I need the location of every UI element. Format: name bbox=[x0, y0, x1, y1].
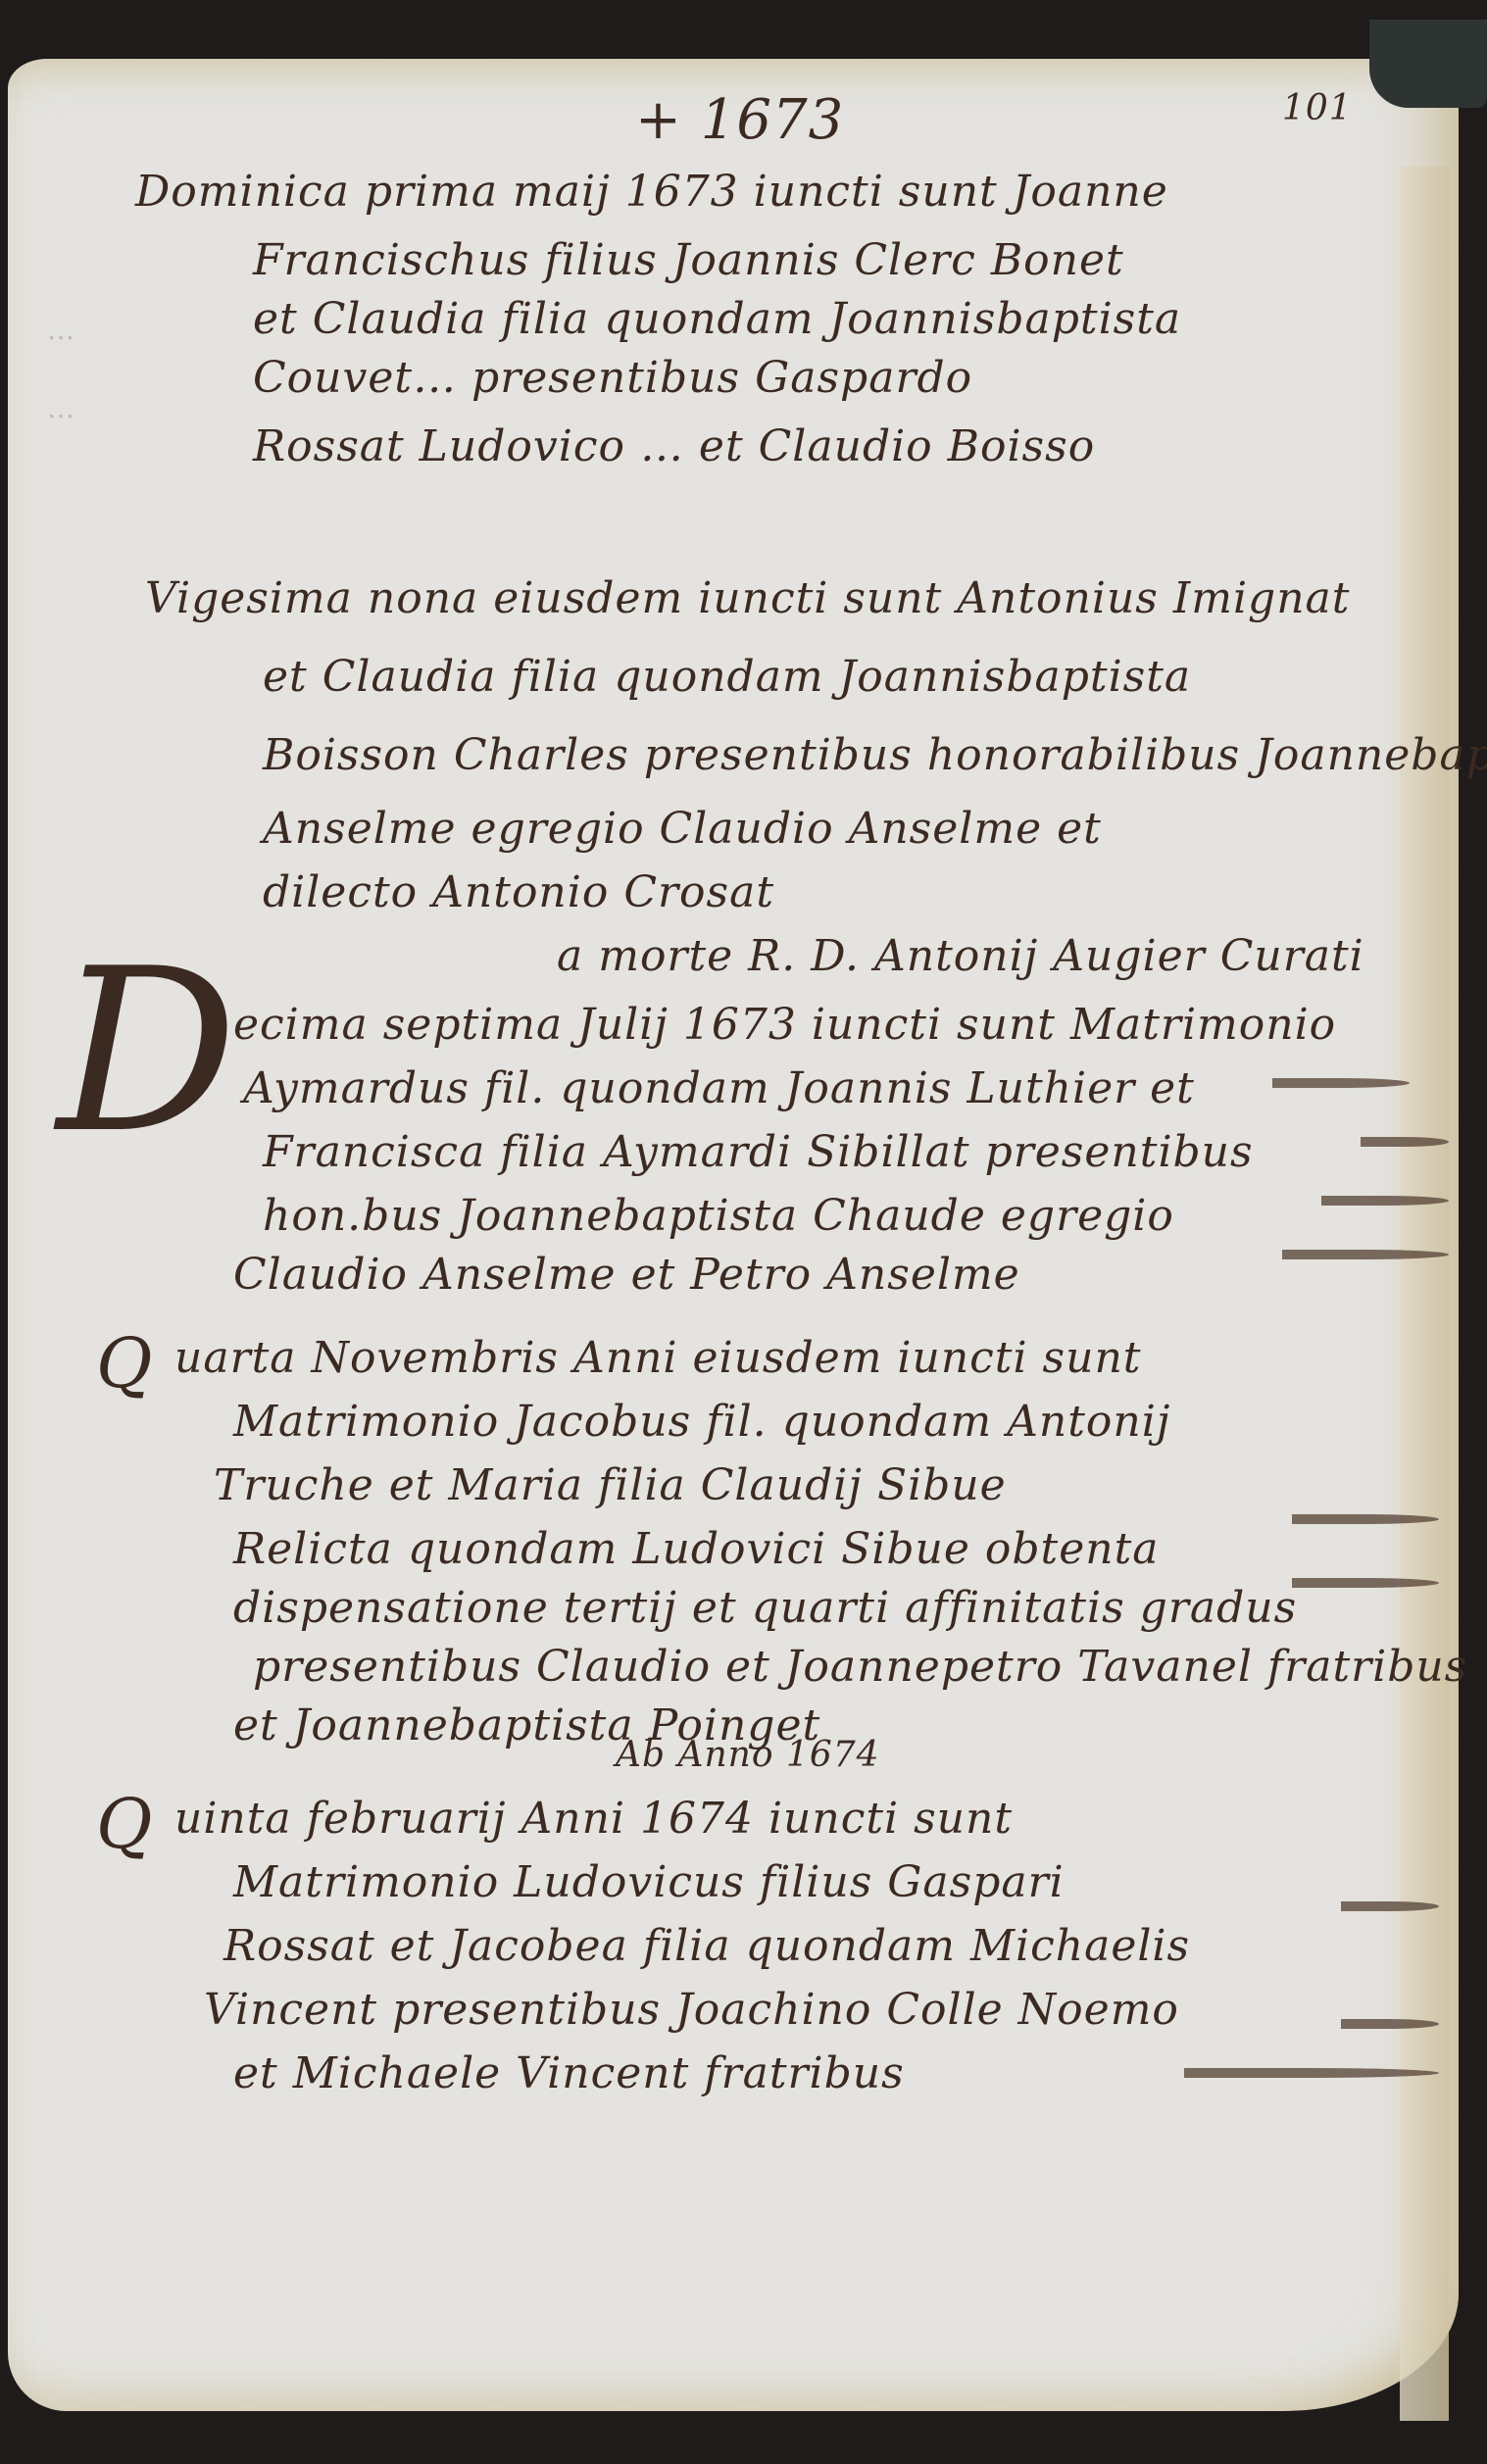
page-edge bbox=[1400, 167, 1449, 2421]
entry-line: dilecto Antonio Crosat bbox=[263, 867, 774, 917]
line-filler-stroke bbox=[1184, 2068, 1439, 2078]
line-filler-stroke bbox=[1341, 1901, 1439, 1911]
year-annotation: Ab Anno 1674 bbox=[616, 1735, 880, 1775]
entry-line: Relicta quondam Ludovici Sibue obtenta bbox=[233, 1524, 1160, 1574]
manuscript-page: + 1673 101 … … Dominica prima maij 1673 … bbox=[8, 59, 1459, 2411]
bleed-through-text: … bbox=[47, 392, 74, 424]
entry-line: uarta Novembris Anni eiusdem iuncti sunt bbox=[174, 1333, 1141, 1383]
entry-line: dispensatione tertij et quarti affinitat… bbox=[233, 1583, 1297, 1633]
decorated-initial: Q bbox=[96, 1323, 153, 1404]
entry-line: et Claudia filia quondam Joannisbaptista bbox=[253, 294, 1181, 344]
entry-line: Aymardus fil. quondam Joannis Luthier et bbox=[243, 1063, 1195, 1113]
bleed-through-text: … bbox=[47, 314, 74, 346]
entry-line: Rossat Ludovico … et Claudio Boisso bbox=[253, 421, 1095, 471]
entry-line: Matrimonio Ludovicus filius Gaspari bbox=[233, 1857, 1065, 1907]
entry-line: Matrimonio Jacobus fil. quondam Antonij bbox=[233, 1397, 1170, 1447]
line-filler-stroke bbox=[1292, 1578, 1439, 1588]
folio-number: 101 bbox=[1282, 88, 1353, 128]
entry-line: presentibus Claudio et Joannepetro Tavan… bbox=[253, 1642, 1467, 1692]
entry-line: Vincent presentibus Joachino Colle Noemo bbox=[204, 1985, 1179, 2035]
entry-line: Claudio Anselme et Petro Anselme bbox=[233, 1250, 1020, 1300]
decorated-initial: D bbox=[57, 921, 237, 1183]
entry-line: Dominica prima maij 1673 iuncti sunt Joa… bbox=[135, 167, 1168, 217]
entry-line: uinta februarij Anni 1674 iuncti sunt bbox=[174, 1794, 1013, 1844]
entry-line: Anselme egregio Claudio Anselme et bbox=[263, 804, 1102, 854]
binding-cloth bbox=[1369, 20, 1487, 108]
entry-line: Couvet… presentibus Gaspardo bbox=[253, 353, 972, 403]
line-filler-stroke bbox=[1321, 1196, 1449, 1206]
section-note: a morte R. D. Antonij Augier Curati bbox=[557, 931, 1364, 981]
entry-line: et Claudia filia quondam Joannisbaptista bbox=[263, 652, 1191, 702]
line-filler-stroke bbox=[1361, 1137, 1449, 1147]
line-filler-stroke bbox=[1341, 2019, 1439, 2029]
line-filler-stroke bbox=[1282, 1250, 1449, 1259]
entry-line: Francisca filia Aymardi Sibillat present… bbox=[263, 1127, 1254, 1177]
entry-line: et Michaele Vincent fratribus bbox=[233, 2048, 905, 2098]
line-filler-stroke bbox=[1292, 1514, 1439, 1524]
entry-line: hon.bus Joannebaptista Chaude egregio bbox=[263, 1191, 1174, 1241]
entry-line: Truche et Maria filia Claudij Sibue bbox=[214, 1460, 1007, 1510]
line-filler-stroke bbox=[1272, 1078, 1410, 1088]
decorated-initial: Q bbox=[96, 1784, 153, 1864]
entry-line: ecima septima Julij 1673 iuncti sunt Mat… bbox=[233, 1000, 1336, 1050]
entry-line: Francischus filius Joannis Clerc Bonet bbox=[253, 235, 1124, 285]
entry-line: Vigesima nona eiusdem iuncti sunt Antoni… bbox=[145, 573, 1350, 623]
entry-line: Rossat et Jacobea filia quondam Michaeli… bbox=[223, 1921, 1190, 1971]
entry-line: Boisson Charles presentibus honorabilibu… bbox=[263, 730, 1487, 780]
header-year: + 1673 bbox=[635, 88, 844, 152]
